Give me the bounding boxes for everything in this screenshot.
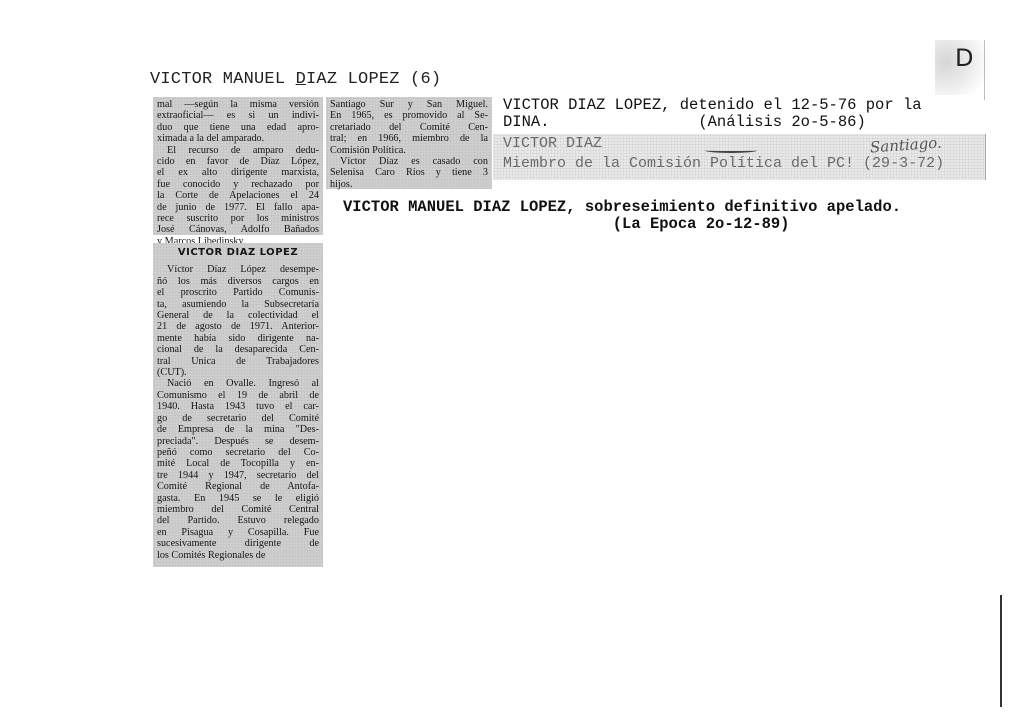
newspaper-clipping-column-1: mal —según la misma versiónextraoficial—… (153, 97, 323, 235)
clipping-line: ñó los más diversos cargos en (157, 276, 319, 287)
clipping-line: Selenisa Caro Ríos y tiene 3 (330, 167, 488, 178)
clipping-line: (CUT). (157, 367, 319, 378)
page-edge-line (1000, 595, 1002, 707)
title-prefix: VICTOR MANUEL (150, 70, 296, 89)
typed-note-dismissal: VICTOR MANUEL DIAZ LOPEZ, sobreseimiento… (343, 199, 901, 216)
clipping-line: duo que tiene una edad apro- (157, 122, 319, 133)
clipping-line: 1940. Hasta 1943 tuvo el car- (157, 401, 319, 412)
pen-underline-mark (705, 148, 757, 153)
typed-slip-name: VICTOR DIAZ (503, 135, 602, 152)
newspaper-clipping-column-1-continued: VICTOR DIAZ LOPEZ Víctor Díaz López dese… (153, 243, 323, 567)
clipping-line: peñó como secretario del Co- (157, 447, 319, 458)
clipping-line: mité Local de Tocopilla y en- (157, 458, 319, 469)
clipping-line: Nació en Ovalle. Ingresó al (157, 378, 319, 389)
clipping-line: de Empresa de la mina "Des- (157, 424, 319, 435)
clipping-line: fue conocido y rechazado por (157, 179, 319, 190)
document-title: VICTOR MANUEL DIAZ LOPEZ (6) (150, 70, 441, 89)
clipping-line: sucesivamente dirigente de (157, 538, 319, 549)
clipping-line: ta, asumiendo la Subsecretaría (157, 299, 319, 310)
clipping-line: del Partido. Estuvo relegado (157, 515, 319, 526)
typed-note-dismissal-source: (La Epoca 2o-12-89) (343, 216, 789, 233)
clipping-line: miembro del Comité Central (157, 504, 319, 515)
typed-slip-membership: Miembro de la Comisión Política del PC! … (503, 155, 944, 172)
clipping-line: el proscrito Partido Comunis- (157, 287, 319, 298)
clipping-line: hijos. (330, 179, 488, 190)
newspaper-clipping-column-2: Santiago Sur y San Miguel.En 1965, es pr… (326, 97, 492, 189)
clipping-line: tre 1944 y 1947, secretario del (157, 470, 319, 481)
title-underlined-letter: D (296, 70, 306, 89)
clipping-line: Comisión Política. (330, 145, 488, 156)
clipping-line: cretariado del Comité Cen- (330, 122, 488, 133)
clipping-heading: VICTOR DIAZ LOPEZ (157, 247, 319, 258)
page-letter-mark: D (955, 44, 973, 72)
clipping-line: Santiago Sur y San Miguel. (330, 99, 488, 110)
title-suffix: IAZ LOPEZ (6) (306, 70, 441, 89)
clipping-line: ximada a la del amparado. (157, 133, 319, 144)
clipping-line: tral Unica de Trabajadores (157, 356, 319, 367)
clipping-line: General de la colectividad el (157, 310, 319, 321)
clipping-line: Víctor Díaz es casado con (330, 156, 488, 167)
clipping-line: En 1965, es promovido al Se- (330, 110, 488, 121)
page-edge-line (984, 40, 985, 100)
clipping-line: en Pisagua y Cosapilla. Fue (157, 527, 319, 538)
clipping-line: cional de la desaparecida Cen- (157, 344, 319, 355)
clipping-line: rece suscrito por los ministros (157, 213, 319, 224)
clipping-line: José Cánovas, Adolfo Bañados (157, 224, 319, 235)
clipping-line: mente había sido dirigente na- (157, 333, 319, 344)
clipping-line: El recurso de amparo dedu- (157, 145, 319, 156)
clipping-line: gasta. En 1945 se le eligió (157, 493, 319, 504)
clipping-line: Comunismo el 19 de abril de (157, 390, 319, 401)
clipping-line: la Corte de Apelaciones el 24 (157, 190, 319, 201)
clipping-line: mal —según la misma versión (157, 99, 319, 110)
typed-note-detention: VICTOR DIAZ LOPEZ, detenido el 12-5-76 p… (503, 97, 922, 114)
clipping-line: el ex alto dirigente marxista, (157, 167, 319, 178)
clipping-line: cido en favor de Díaz López, (157, 156, 319, 167)
clipping-line: los Comités Regionales de (157, 550, 319, 561)
typed-note-detention-source: DINA. (Análisis 2o-5-86) (503, 114, 866, 131)
clipping-line: Víctor Díaz López desempe- (157, 264, 319, 275)
clipping-line: tral; en 1966, miembro de la (330, 133, 488, 144)
clipping-line: Comité Regional de Antofa- (157, 481, 319, 492)
clipping-line: extraoficial— es si un indivi- (157, 110, 319, 121)
clipping-line: go de secretario del Comité (157, 413, 319, 424)
clipping-line: 21 de agosto de 1971. Anterior- (157, 321, 319, 332)
clipping-body: Víctor Díaz López desempe-ñó los más div… (157, 264, 319, 561)
clipping-line: preciada". Después se desem- (157, 436, 319, 447)
clipping-line: de junio de 1977. El fallo apa- (157, 202, 319, 213)
